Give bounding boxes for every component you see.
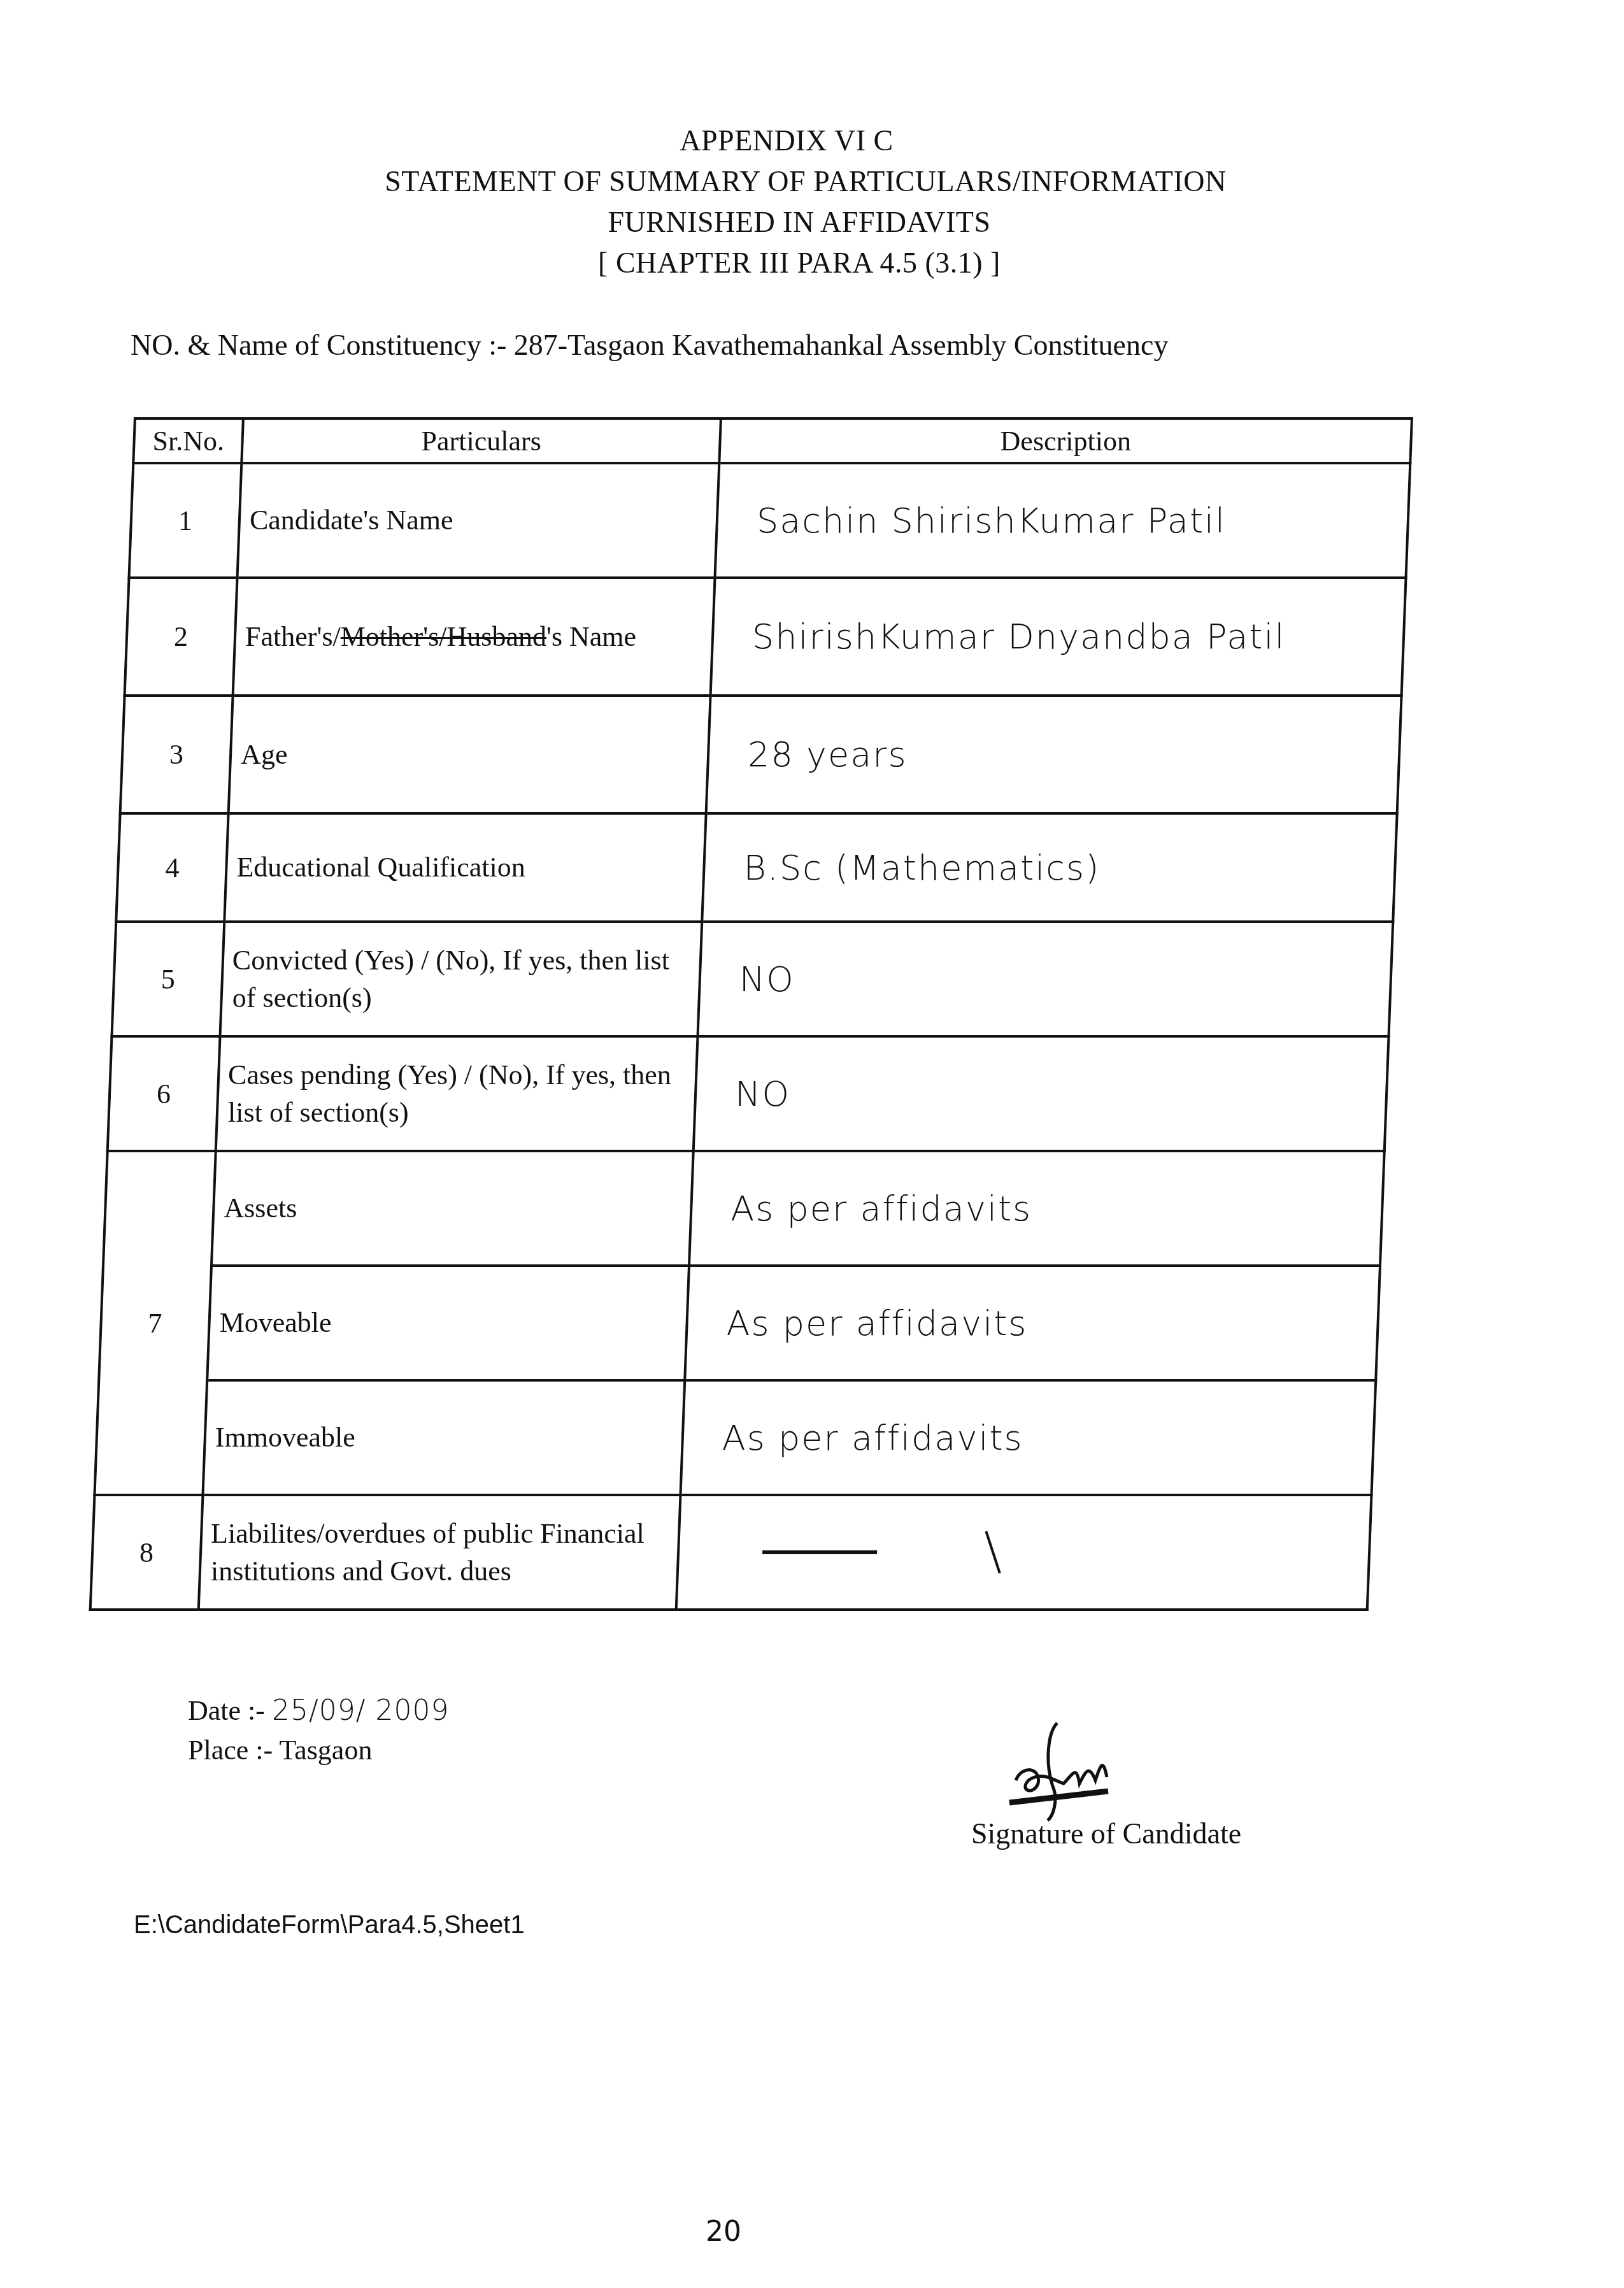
constituency-value: 287-Tasgaon Kavathemahankal Assembly Con… — [514, 329, 1169, 361]
description-value: B.Sc (Mathematics) — [702, 813, 1397, 922]
sr-number: 5 — [112, 922, 225, 1036]
description-value: ShirishKumar Dnyandba Patil — [711, 578, 1406, 696]
sr-number: 8 — [90, 1495, 203, 1610]
description-value: NO — [694, 1036, 1389, 1151]
table-row: 7 Assets As per affidavits — [103, 1151, 1385, 1266]
place-label: Place :- — [188, 1734, 273, 1766]
particular-label: Moveable — [207, 1266, 689, 1380]
date-label: Date :- — [188, 1695, 265, 1726]
sr-number: 6 — [108, 1036, 220, 1151]
column-header-particulars: Particulars — [241, 418, 721, 463]
table-header-row: Sr.No. Particulars Description — [133, 418, 1412, 463]
chapter-reference: [ CHAPTER III PARA 4.5 (3.1) ] — [0, 248, 1611, 278]
particulars-table: Sr.No. Particulars Description 1 Candida… — [89, 417, 1413, 1611]
table-row: 2 Father's/Mother's/Husband's Name Shiri… — [125, 578, 1406, 696]
sr-number: 7 — [94, 1151, 215, 1495]
table-row: Moveable As per affidavits — [99, 1266, 1380, 1380]
sr-number: 2 — [125, 578, 238, 696]
particulars-table-wrapper: Sr.No. Particulars Description 1 Candida… — [89, 417, 1411, 1608]
particular-label: Cases pending (Yes) / (No), If yes, then… — [216, 1036, 698, 1151]
statement-subtitle: FURNISHED IN AFFIDAVITS — [0, 208, 1611, 237]
struck-text: Mother's/ — [341, 621, 447, 652]
statement-title: STATEMENT OF SUMMARY OF PARTICULARS/INFO… — [0, 167, 1618, 196]
description-value: NO — [698, 922, 1393, 1036]
table-row: 4 Educational Qualification B.Sc (Mathem… — [116, 813, 1397, 922]
description-value — [676, 1495, 1372, 1610]
table-row: Immoveable As per affidavits — [94, 1380, 1376, 1495]
particular-label: Immoveable — [203, 1380, 685, 1495]
description-value: As per affidavits — [680, 1380, 1376, 1495]
signature-label: Signature of Candidate — [971, 1817, 1241, 1850]
column-header-srno: Sr.No. — [133, 418, 243, 463]
appendix-heading: APPENDIX VI C — [0, 126, 1599, 155]
table-row: 8 Liabilites/overdues of public Financia… — [90, 1495, 1372, 1610]
sr-number: 3 — [120, 696, 233, 813]
table-row: 5 Convicted (Yes) / (No), If yes, then l… — [112, 922, 1393, 1036]
tick-mark — [985, 1531, 1001, 1574]
signature-icon — [994, 1720, 1134, 1822]
particular-label: Convicted (Yes) / (No), If yes, then lis… — [220, 922, 702, 1036]
place-value: Tasgaon — [279, 1734, 372, 1766]
table-row: 3 Age 28 years — [120, 696, 1402, 813]
table-row: 6 Cases pending (Yes) / (No), If yes, th… — [108, 1036, 1389, 1151]
sr-number: 4 — [116, 813, 228, 922]
particular-label: Father's/Mother's/Husband's Name — [233, 578, 715, 696]
place-line: Place :- Tasgaon — [188, 1734, 372, 1766]
constituency-label: NO. & Name of Constituency :- — [131, 329, 506, 361]
description-value: As per affidavits — [689, 1151, 1385, 1266]
description-value: As per affidavits — [685, 1266, 1380, 1380]
dash-mark — [762, 1550, 877, 1554]
particular-label: Liabilites/overdues of public Financial … — [199, 1495, 681, 1610]
particular-label: Candidate's Name — [238, 463, 720, 578]
sr-number: 1 — [129, 463, 242, 578]
struck-text: Husband — [447, 621, 546, 652]
particular-label: Educational Qualification — [224, 813, 706, 922]
description-value: Sachin ShirishKumar Patil — [715, 463, 1411, 578]
description-value: 28 years — [706, 696, 1402, 813]
table-row: 1 Candidate's Name Sachin ShirishKumar P… — [129, 463, 1411, 578]
file-path: E:\CandidateForm\Para4.5,Sheet1 — [134, 1911, 525, 1940]
particular-label: Assets — [211, 1151, 694, 1266]
date-value: 25/09/ 2009 — [272, 1694, 450, 1727]
particular-label: Age — [229, 696, 711, 813]
page-number: 20 — [706, 2215, 741, 2248]
column-header-description: Description — [719, 418, 1412, 463]
date-line: Date :- 25/09/ 2009 — [188, 1694, 450, 1727]
constituency-line: NO. & Name of Constituency :- 287-Tasgao… — [131, 328, 1168, 362]
